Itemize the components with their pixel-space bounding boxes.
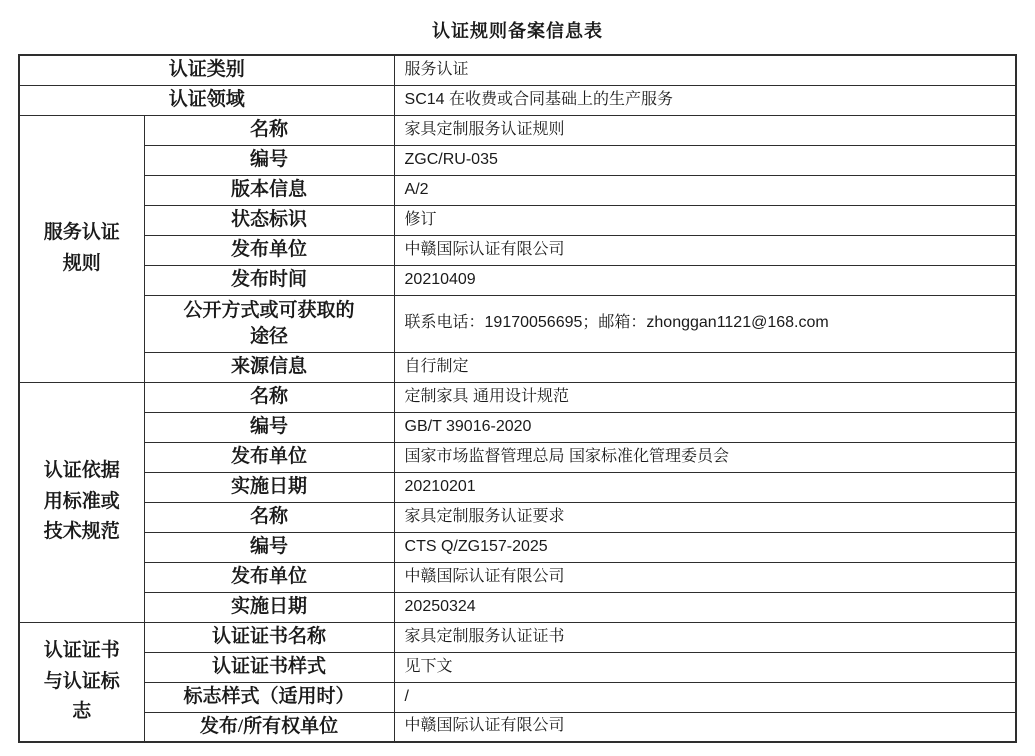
field-label: 名称 xyxy=(144,382,394,412)
field-value: / xyxy=(394,682,1016,712)
field-label: 标志样式（适用时） xyxy=(144,682,394,712)
field-value: 中赣国际认证有限公司 xyxy=(394,562,1016,592)
field-label: 发布单位 xyxy=(144,442,394,472)
table-row: 名称 家具定制服务认证要求 xyxy=(19,502,1016,532)
field-label: 发布/所有权单位 xyxy=(144,712,394,742)
table-row: 认证类别 服务认证 xyxy=(19,55,1016,85)
table-row: 发布单位 国家市场监督管理总局 国家标准化管理委员会 xyxy=(19,442,1016,472)
field-value: 中赣国际认证有限公司 xyxy=(394,712,1016,742)
field-label: 认证领域 xyxy=(19,85,394,115)
table-row: 认证证书样式 见下文 xyxy=(19,652,1016,682)
field-value: 家具定制服务认证证书 xyxy=(394,622,1016,652)
field-label: 认证类别 xyxy=(19,55,394,85)
field-label: 编号 xyxy=(144,145,394,175)
table-row: 来源信息 自行制定 xyxy=(19,352,1016,382)
table-row: 编号 CTS Q/ZG157-2025 xyxy=(19,532,1016,562)
field-label: 发布单位 xyxy=(144,235,394,265)
field-label: 名称 xyxy=(144,115,394,145)
document-title: 认证规则备案信息表 xyxy=(0,0,1035,43)
field-label: 编号 xyxy=(144,532,394,562)
field-label: 实施日期 xyxy=(144,592,394,622)
field-value: 服务认证 xyxy=(394,55,1016,85)
section-label: 认证依据用标准或技术规范 xyxy=(19,382,144,622)
field-value: 20210201 xyxy=(394,472,1016,502)
field-value: GB/T 39016-2020 xyxy=(394,412,1016,442)
field-value: CTS Q/ZG157-2025 xyxy=(394,532,1016,562)
table-row: 发布/所有权单位 中赣国际认证有限公司 xyxy=(19,712,1016,742)
table-row: 发布单位 中赣国际认证有限公司 xyxy=(19,562,1016,592)
section-label: 服务认证规则 xyxy=(19,115,144,382)
section-label: 认证证书与认证标志 xyxy=(19,622,144,742)
field-label: 版本信息 xyxy=(144,175,394,205)
field-label: 发布时间 xyxy=(144,265,394,295)
field-value: 自行制定 xyxy=(394,352,1016,382)
field-label: 名称 xyxy=(144,502,394,532)
field-value: 20210409 xyxy=(394,265,1016,295)
field-label: 公开方式或可获取的途径 xyxy=(144,295,394,352)
field-label: 认证证书样式 xyxy=(144,652,394,682)
field-label: 来源信息 xyxy=(144,352,394,382)
field-label: 编号 xyxy=(144,412,394,442)
table-row: 实施日期 20250324 xyxy=(19,592,1016,622)
table-row: 认证依据用标准或技术规范 名称 定制家具 通用设计规范 xyxy=(19,382,1016,412)
field-value: 定制家具 通用设计规范 xyxy=(394,382,1016,412)
table-row: 实施日期 20210201 xyxy=(19,472,1016,502)
document-page: 认证规则备案信息表 认证类别 服务认证 认证领域 SC14 在收费或合同基础上的… xyxy=(0,0,1035,756)
table-row: 版本信息 A/2 xyxy=(19,175,1016,205)
field-value: 见下文 xyxy=(394,652,1016,682)
table-row: 发布单位 中赣国际认证有限公司 xyxy=(19,235,1016,265)
field-value: 中赣国际认证有限公司 xyxy=(394,235,1016,265)
filing-info-table: 认证类别 服务认证 认证领域 SC14 在收费或合同基础上的生产服务 服务认证规… xyxy=(18,54,1017,743)
table-row: 公开方式或可获取的途径 联系电话：19170056695；邮箱：zhonggan… xyxy=(19,295,1016,352)
table-row: 服务认证规则 名称 家具定制服务认证规则 xyxy=(19,115,1016,145)
table-row: 编号 ZGC/RU-035 xyxy=(19,145,1016,175)
table-row: 编号 GB/T 39016-2020 xyxy=(19,412,1016,442)
table-row: 发布时间 20210409 xyxy=(19,265,1016,295)
field-value: 联系电话：19170056695；邮箱：zhonggan1121@168.com xyxy=(394,295,1016,352)
field-value: 20250324 xyxy=(394,592,1016,622)
field-value: 家具定制服务认证要求 xyxy=(394,502,1016,532)
table-row: 状态标识 修订 xyxy=(19,205,1016,235)
field-value: A/2 xyxy=(394,175,1016,205)
field-value: 家具定制服务认证规则 xyxy=(394,115,1016,145)
field-value: 修订 xyxy=(394,205,1016,235)
field-label: 状态标识 xyxy=(144,205,394,235)
table-row: 认证领域 SC14 在收费或合同基础上的生产服务 xyxy=(19,85,1016,115)
table-row: 认证证书与认证标志 认证证书名称 家具定制服务认证证书 xyxy=(19,622,1016,652)
field-value: SC14 在收费或合同基础上的生产服务 xyxy=(394,85,1016,115)
field-value: ZGC/RU-035 xyxy=(394,145,1016,175)
field-value: 国家市场监督管理总局 国家标准化管理委员会 xyxy=(394,442,1016,472)
field-label: 实施日期 xyxy=(144,472,394,502)
field-label: 认证证书名称 xyxy=(144,622,394,652)
field-label: 发布单位 xyxy=(144,562,394,592)
table-row: 标志样式（适用时） / xyxy=(19,682,1016,712)
